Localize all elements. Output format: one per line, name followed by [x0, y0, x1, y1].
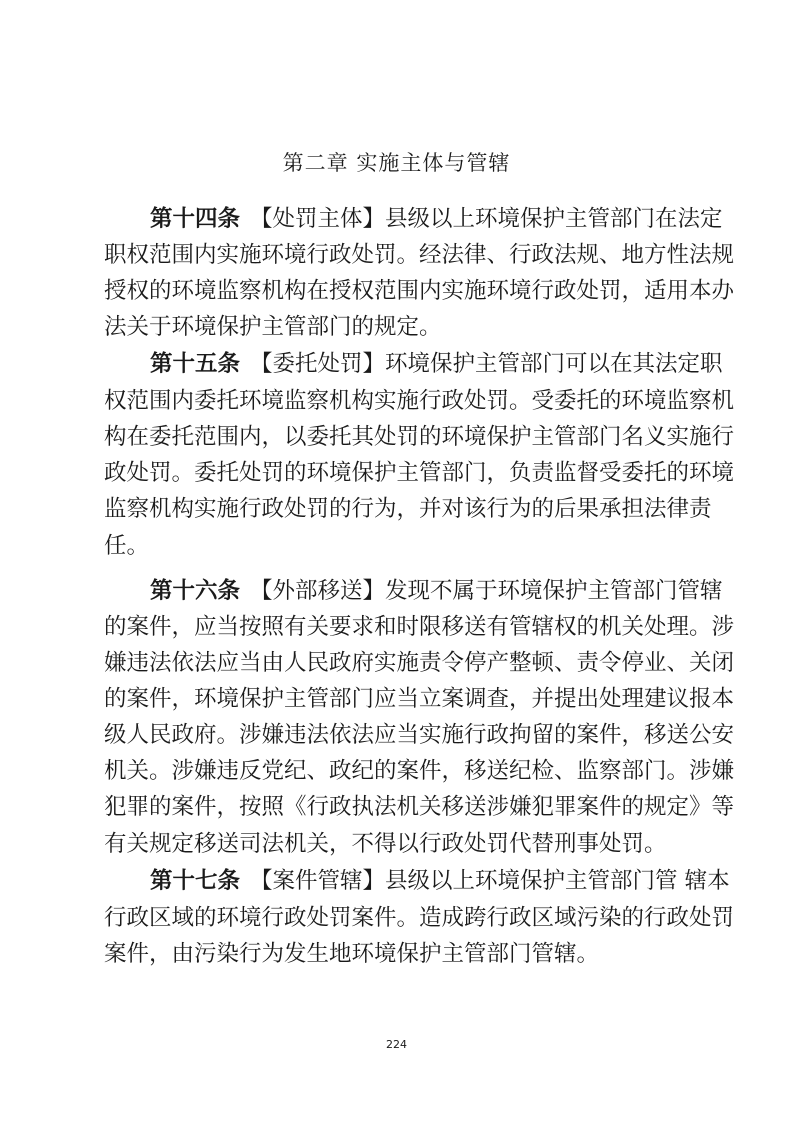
article-15-line-6: 任。	[104, 531, 694, 561]
document-page: 第二章 实施主体与管辖 第十四条【处罚主体】县级以上环境保护主管部门在法定 职权…	[0, 0, 793, 1122]
article-17-line-3: 案件，由污染行为发生地环境保护主管部门管辖。	[104, 939, 694, 969]
article-16-line-1: 第十六条【外部移送】发现不属于环境保护主管部门管辖	[150, 576, 694, 606]
article-14-line-3: 授权的环境监察机构在授权范围内实施环境行政处罚，适用本办	[104, 276, 694, 306]
article-16-line-4: 的案件，环境保护主管部门应当立案调查，并提出处理建议报本	[104, 684, 694, 714]
article-number: 第十五条	[150, 351, 240, 377]
article-17-line-1: 第十七条【案件管辖】县级以上环境保护主管部门管 辖本	[150, 866, 694, 896]
article-15-line-1: 第十五条【委托处罚】环境保护主管部门可以在其法定职	[150, 349, 694, 379]
article-15-line-5: 监察机构实施行政处罚的行为，并对该行为的后果承担法律责	[104, 494, 694, 524]
chapter-title: 第二章 实施主体与管辖	[0, 147, 793, 177]
article-16-line-3: 嫌违法依法应当由人民政府实施责令停产整顿、责令停业、关闭	[104, 648, 694, 678]
article-16-line-8: 有关规定移送司法机关，不得以行政处罚代替刑事处罚。	[104, 829, 694, 859]
article-14-line-1: 第十四条【处罚主体】县级以上环境保护主管部门在法定	[150, 204, 694, 234]
article-number: 第十六条	[150, 578, 240, 604]
article-16-line-7: 犯罪的案件，按照《行政执法机关移送涉嫌犯罪案件的规定》等	[104, 792, 694, 822]
article-14-line-4: 法关于环境保护主管部门的规定。	[104, 312, 694, 342]
article-text: 【处罚主体】县级以上环境保护主管部门在法定	[250, 206, 723, 232]
article-17-line-2: 行政区域的环境行政处罚案件。造成跨行政区域污染的行政处罚	[104, 903, 694, 933]
page-number: 224	[0, 1038, 793, 1051]
article-15-line-2: 权范围内委托环境监察机构实施行政处罚。受委托的环境监察机	[104, 386, 694, 416]
article-16-line-5: 级人民政府。涉嫌违法依法应当实施行政拘留的案件，移送公安	[104, 720, 694, 750]
article-number: 第十七条	[150, 868, 240, 894]
article-text: 【委托处罚】环境保护主管部门可以在其法定职	[250, 351, 723, 377]
article-15-line-3: 构在委托范围内，以委托其处罚的环境保护主管部门名义实施行	[104, 422, 694, 452]
article-text: 【案件管辖】县级以上环境保护主管部门管 辖本	[250, 868, 730, 894]
article-16-line-2: 的案件，应当按照有关要求和时限移送有管辖权的机关处理。涉	[104, 612, 694, 642]
article-text: 【外部移送】发现不属于环境保护主管部门管辖	[250, 578, 723, 604]
article-16-line-6: 机关。涉嫌违反党纪、政纪的案件，移送纪检、监察部门。涉嫌	[104, 756, 694, 786]
article-number: 第十四条	[150, 206, 240, 232]
article-14-line-2: 职权范围内实施环境行政处罚。经法律、行政法规、地方性法规	[104, 240, 694, 270]
article-15-line-4: 政处罚。委托处罚的环境保护主管部门，负责监督受委托的环境	[104, 458, 694, 488]
